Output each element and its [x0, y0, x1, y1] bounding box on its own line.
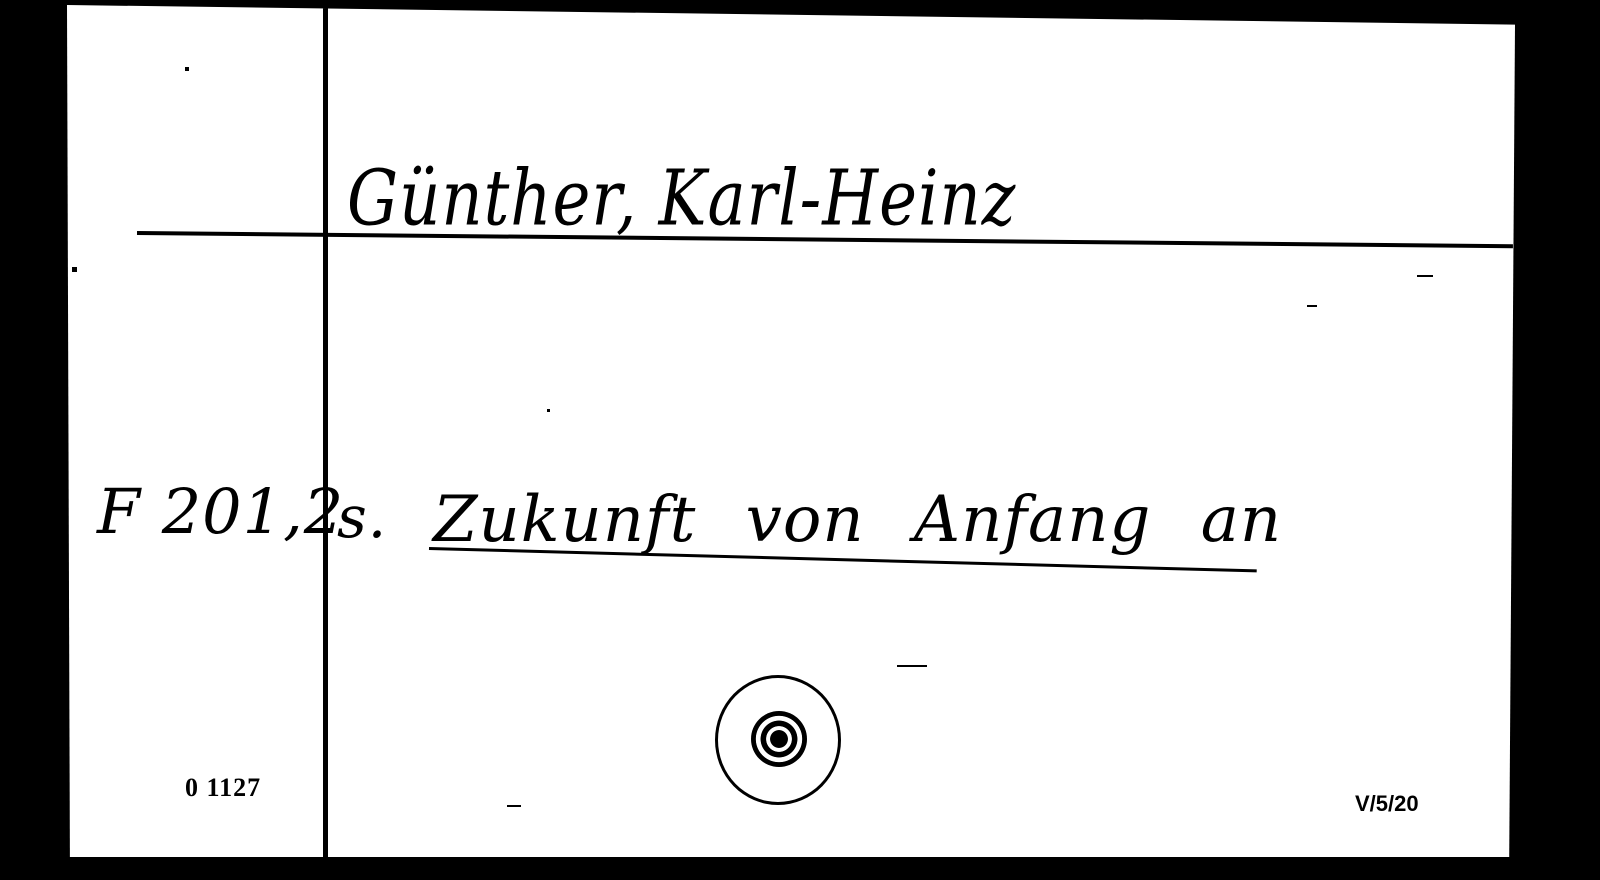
scan-speck: [72, 267, 77, 272]
name-heading: Günther, Karl-Heinz: [347, 155, 1016, 244]
scan-speck: [1417, 275, 1433, 277]
scan-speck: [897, 665, 927, 667]
card-number: 0 1127: [185, 773, 261, 803]
punch-hole-icon: [751, 711, 807, 767]
scan-speck: [507, 805, 521, 807]
form-code: V/5/20: [1355, 791, 1419, 817]
index-card: Günther, Karl-Heinz F 201,2 s. Zukunft v…: [67, 5, 1515, 857]
reference-note: Zukunft von Anfang an: [433, 483, 1282, 557]
reference-prefix: s.: [337, 483, 387, 551]
scan-speck: [547, 409, 550, 412]
vertical-rule: [323, 5, 328, 857]
signature-number: F 201,2: [97, 475, 344, 548]
scan-speck: [1307, 305, 1317, 307]
scan-speck: [185, 67, 189, 71]
